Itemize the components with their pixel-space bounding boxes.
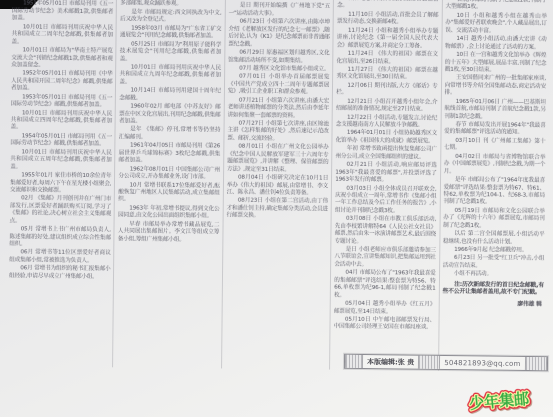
- chronicle-entry: 06月 常增书等11位区票爱好者商议组成集邮小组,常被推选为负责人。: [9, 250, 111, 266]
- chronicle-entry: 08月23日 小组在第二宫活动,由丁伟才和潘仕钊主持,确定集邮分类活动,会员进行…: [226, 198, 328, 221]
- chronicle-entry: 07月27日 小组第七次讲座,由区锦池主讲《怎样集邮的好处》,然后速记示范改票、…: [227, 120, 329, 143]
- chronicle-entry: 05月 常增书上书广州市邮局负责人,陈述集邮的好处,建议组织成立综合性集邮组织。: [9, 226, 111, 249]
- chronicle-entry: 12月22日 小组活动,专题发言,讨论纪念支援越南南方人民解放斗争邮戳。: [336, 114, 438, 130]
- chronicle-entry: 12月21日 小组召开越秀小组年会,介绍邮展的准备情况,规定至27日结束。: [336, 98, 438, 114]
- chronicle-entry: 1964年01月01日 小组协助越秀区文化馆举办《祖国伟大的成就》邮票展览。: [336, 130, 438, 146]
- chronicle-entry: 11月24日 小组和越秀小组举办专题讲座,讨论纪念《第一届全国人民代表大会》邮票…: [337, 27, 439, 50]
- chronicle-entry: 1961年04月05日 市邮局刊用《第26届世界乒乓球锦标赛》3枚纪念邮戳,供集…: [119, 143, 221, 166]
- chronicle-entry: 06月 常增书为组织的秘书汇报集邮小组经验,申请尽早成立广州集邮小组。: [9, 266, 111, 282]
- chronicle-entry: 10月 常增书联系17位集邮爱好者,酝酿恢复广州地区人民集邮活动,成立集邮组织。: [118, 182, 220, 205]
- chronicle-entry: 1953年05月01日 市邮局刊用《五一国际劳动节纪念》邮戳,供集邮者加盖。: [11, 94, 113, 110]
- chronicle-entry: 07月 越秀区文化馆市集邮小组成立。: [228, 65, 329, 73]
- text-column-3: 动宣布成立。是日 期刊开始编撰《广州地下党"五一"运动活动大事》。06月23日 …: [221, 0, 333, 370]
- article-columns: 之期戳,供集邮者加盖。1951年05月01日 市邮局刊用《五一国际劳动节纪念》美…: [5, 0, 550, 372]
- chronicle-entry: 1958年03月 市邮局为"广东省工矿交通展览会"刊用纪念邮戳,供集邮者加盖。: [120, 25, 222, 41]
- hatch-decoration: [525, 357, 548, 370]
- chronicle-entry: 以后 第二宫全国邮票展,小组活动平稳继续,也没有什么活动计划。: [443, 231, 545, 247]
- chronicle-entry: 是年 《集邮》停刊,常增书等仍坚持汇编邮刊。: [119, 127, 221, 143]
- text-column-5: 首航,市邮局刊制了纪念戳1款,刊制了大型邮戳1枚。10日 小组和越秀小组在越秀山…: [438, 0, 550, 372]
- column-5-entries: 首航,市邮局刊制了纪念戳1款,刊制了大型邮戳1枚。10日 小组和越秀小组在越秀山…: [443, 0, 547, 280]
- chronicle-entry: 6月23日 另一批受"红卫兵"冲击,小组活动宣告结束。: [443, 255, 545, 271]
- chronicle-entry: 是年 市邮局公布了"1964年度我最喜爱邮票"评选结果:整套票为特67、特61、…: [443, 177, 545, 208]
- chronicle-entry: 是年 市邮局规定:西文回执改为中文,后又改为全登记式。: [120, 9, 222, 25]
- hatch-decoration: [418, 356, 440, 369]
- chronicle-entry: 14日 越秀小组活动,由潘大宏讲《动物邮票》,会上讨论通过了活动的方案。: [445, 36, 547, 52]
- chronicle-entry: 04月02日 市邮局与省博物馆联合举办《中国邮票展览》,刊制纪念戳,为期一个月。: [444, 153, 546, 176]
- editors-note: 注:历次新邮发行的首日纪念邮戳,有些不公开让集邮者盖用,故不专门纪戳。: [442, 281, 544, 297]
- chronicle-entry: 06月23日 小组第六次讲座,由陈卓坤介绍《老解放区发行的纪念七一邮票》,随后讨…: [228, 19, 330, 50]
- chronicle-entry: 03月08日 小组在市教工俱乐部活动,先由李枝繁讲解特64《人民公社女社员》邮票…: [335, 216, 437, 247]
- chronicle-entry: 08月01日 小组在广州文化公园举办《纪念中国人民解放军建军三十六周年专题邮票展…: [227, 144, 329, 175]
- newspaper-page: 之期戳,供集邮者加盖。1951年05月01日 市邮局刊用《五一国际劳动节纪念》美…: [0, 0, 553, 417]
- chronicle-entry: 05月25日 市邮局为"利用原子能科学技术展览会"刊用纪念邮戳,供集邮者加盖。: [120, 41, 222, 64]
- chronicle-entry: 05月10日 中午邮电部邮票发行局、中国集邮公司经理王安国在市邮局座谈。: [334, 317, 436, 333]
- chronicle-entry: 是日 小组老师应市俱乐部邀请参加三八节联谊会,宣讲集邮知识,把集邮运用到社会活动…: [334, 247, 436, 270]
- chronicle-entry: 1962年08月01日 中国集邮公司广州分公司成立,开办集邮业务,设门市部。: [118, 166, 220, 182]
- chronicle-entry: 在西区工人文化宫举办小型邮展,展出多部邮集,观众踊跃参观。: [120, 0, 222, 9]
- chronicle-entry: 11月27日 《伟大的祖国》邮票在越秀区文化馆展出,至30日结束。: [336, 67, 438, 83]
- shaonian-jiyou-watermark: 少年集邮 少年集邮: [450, 383, 548, 417]
- chronicle-entry: 王安国偕同来广州的一批集邮家座谈,向常增书等介绍全国集邮动态,商定活动安排。: [445, 75, 547, 98]
- chronicle-entry: 10日 在一宫和越秀文化馆举办《辉煌的十五年》大型邮展,展品丰富,刊制了纪念戳1…: [445, 52, 547, 75]
- chronicle-entry: 02月21日 小组活动,响应邮局评选1963年"我最喜爱的邮票",并投票评选了1…: [335, 162, 437, 185]
- chronicle-entry: 10月01日 市邮局刊用庆祝中华人民共和国成立四周年纪念邮戳,供集邮者加盖。: [11, 110, 113, 133]
- chronicle-entry: 戳和纪念邮戳各1枚,供集邮者加盖留念。: [337, 0, 439, 12]
- chronicle-entry: 11月10日 小组活动,首批会员了解邮票发行动态,交换新邮4枚。: [337, 11, 439, 27]
- chronicle-entry: 1951年05月01日 市邮局刊用《五一国际劳动节纪念》美术邮戳1款,供集邮者加…: [12, 1, 114, 24]
- chronicle-entry: 07月21日 小组第六次讲座,由潘大宏老师讲述植物邮票的分类法,然后由李延年讲如…: [227, 97, 329, 120]
- chronicle-entry: 10日 小组和越秀小组在越秀山举办"集邮爱好者联欢晚会",个人藏品展出,订误、交…: [445, 13, 547, 36]
- chronicle-entry: 年初 常增书致函提出恢复集邮公司广州分公司,成立全国集邮组织的建议。: [335, 146, 437, 162]
- chronicle-entry: 03月10日 刊《广州邮工集邮》第十七期。: [444, 138, 546, 154]
- chronicle-entry: 1955年01月 家住市桥的10余位青年集邮爱好者,每周六下午在星光楼小组聚会,…: [10, 172, 112, 195]
- text-column-4: 戳和纪念邮戳各1枚,供集邮者加盖留念。11月10日 小组活动,首批会员了解邮票发…: [329, 0, 441, 371]
- text-column-2: 在西区工人文化宫举办小型邮展,展出多部邮集,观众踊跃参观。是年 市邮局规定:西文…: [112, 0, 224, 368]
- chronicle-entry: 1954年05月01日 市邮局刊用《五一国际劳动节纪念》邮戳,供集邮者加盖。: [10, 133, 112, 149]
- chronicle-entry: 1960年02月 邮电部《中苏友好》邮票在中区文化宫展出,刊用纪念邮戳,供集邮者…: [119, 103, 221, 126]
- chronicle-entry: 10月01日 市邮局为"华南土特产展览交流大会"刊销纪念邮戳1款,供集邮者和观众…: [11, 47, 113, 70]
- chronicle-entry: 10月01日 市邮局刊用庆祝中华人民共和国成立九周年纪念邮戳,供集邮者加盖。: [119, 64, 221, 87]
- chronicle-entry: 是日 期刊开始编撰《广州地下党"五一"运动活动大事》。: [229, 3, 331, 19]
- text-column-1: 之期戳,供集邮者加盖。1951年05月01日 市邮局刊用《五一国际劳动节纪念》美…: [5, 0, 116, 367]
- editor-name-label: 本版编辑:张 贵: [363, 355, 418, 369]
- chronicle-entry: 11月24日 《伟大的祖国》邮票在文化宫展出,至26日结束。: [336, 51, 438, 67]
- chronicle-entry: 10月01日 市邮局刊用庆祝中华人民共和国成立五周年纪念邮戳,供集邮者加盖。: [10, 149, 112, 172]
- chronicle-entry: 1952年05月01日 市邮局刊用《中华人民共和国开国二周年纪念》邮戳,供集邮者…: [11, 71, 113, 94]
- watermark-fill-text: 少年集邮: [468, 389, 529, 412]
- chronicle-entry: 小组不再活动。: [443, 271, 544, 279]
- chronicle-entry: 08月04日 小组研究决定在10月1日举办《伟大的祖国》邮展,由常增书、李文江、…: [227, 175, 329, 198]
- chronicle-entry: 07月01日 小组举办首届邮票展览《中国共产党成立四十二周年专题邮票展览》,吸引…: [228, 74, 330, 97]
- chronicle-entry: 春节 市邮局发出开展1964年"我最喜爱的集邮邮票"评选活动的通知。: [444, 122, 546, 138]
- chronicle-entry: 1965年01月06日 广州——巴基斯坦航线首航,市邮局刊制了首航纪念戳1款,另…: [444, 98, 546, 121]
- chronicle-entry: 02月 《集邮》月刊创刊并在广州门市部发行,区票爱好者踊跃购买订阅,学习了《集邮…: [10, 196, 112, 227]
- chronicle-entry: 04月 市邮局公布了"1963年我最喜爱的集邮邮票"评选结果:整套票为特56、特…: [334, 270, 436, 301]
- chronicle-entry: 06月29日 原惠福区划归越秀区,文化馆集邮活动场所不变,如期集结。: [228, 50, 330, 66]
- chronicle-entry: 03月03日 小组全体成员召开联欢会,庆祝小组成立一周年,常增书作《集邮小组一年…: [335, 185, 437, 216]
- chronicle-entry: 1963年 年初,常增书提议,得到文化公园同意,由文化公园出面组织集邮小组。: [118, 205, 220, 221]
- chronicle-entry: 首航,市邮局刊制了纪念戳1款,刊制了大型邮戳1枚。: [445, 0, 547, 13]
- chronicle-entry: 10月01日 市邮局刊用庆祝中华人民共和国成立二周年纪念邮戳,供集邮者加盖。: [11, 24, 113, 47]
- chronicle-entry: 12月06日 期刊出版,大方《邮话》专栏。: [336, 82, 438, 98]
- hatch-decoration: [345, 355, 363, 368]
- chronicle-entry: 10月14日 市邮局刊用建国十周年纪念邮戳。: [119, 88, 221, 104]
- chronicle-entry: 05月04日 越秀小组举办《红五月》邮票展览,至14日结束。: [334, 301, 436, 317]
- chronicle-entry: 早春 市邮局举办常增书藏品展览,二人共同展出集邮图片。李文江等组成立筹备小组,筹…: [118, 221, 220, 244]
- compiler-credit: 廖伟雄 辑: [442, 301, 541, 310]
- editor-info-bar: 本版编辑:张 贵 504821893@qq.com: [344, 354, 548, 371]
- editor-email: 504821893@qq.com: [440, 356, 525, 370]
- chronicle-entry: 05月19日 市邮局和文化公园联合举办了《光辉的十六年》邮票展览,市邮局刊制了纪…: [443, 208, 545, 231]
